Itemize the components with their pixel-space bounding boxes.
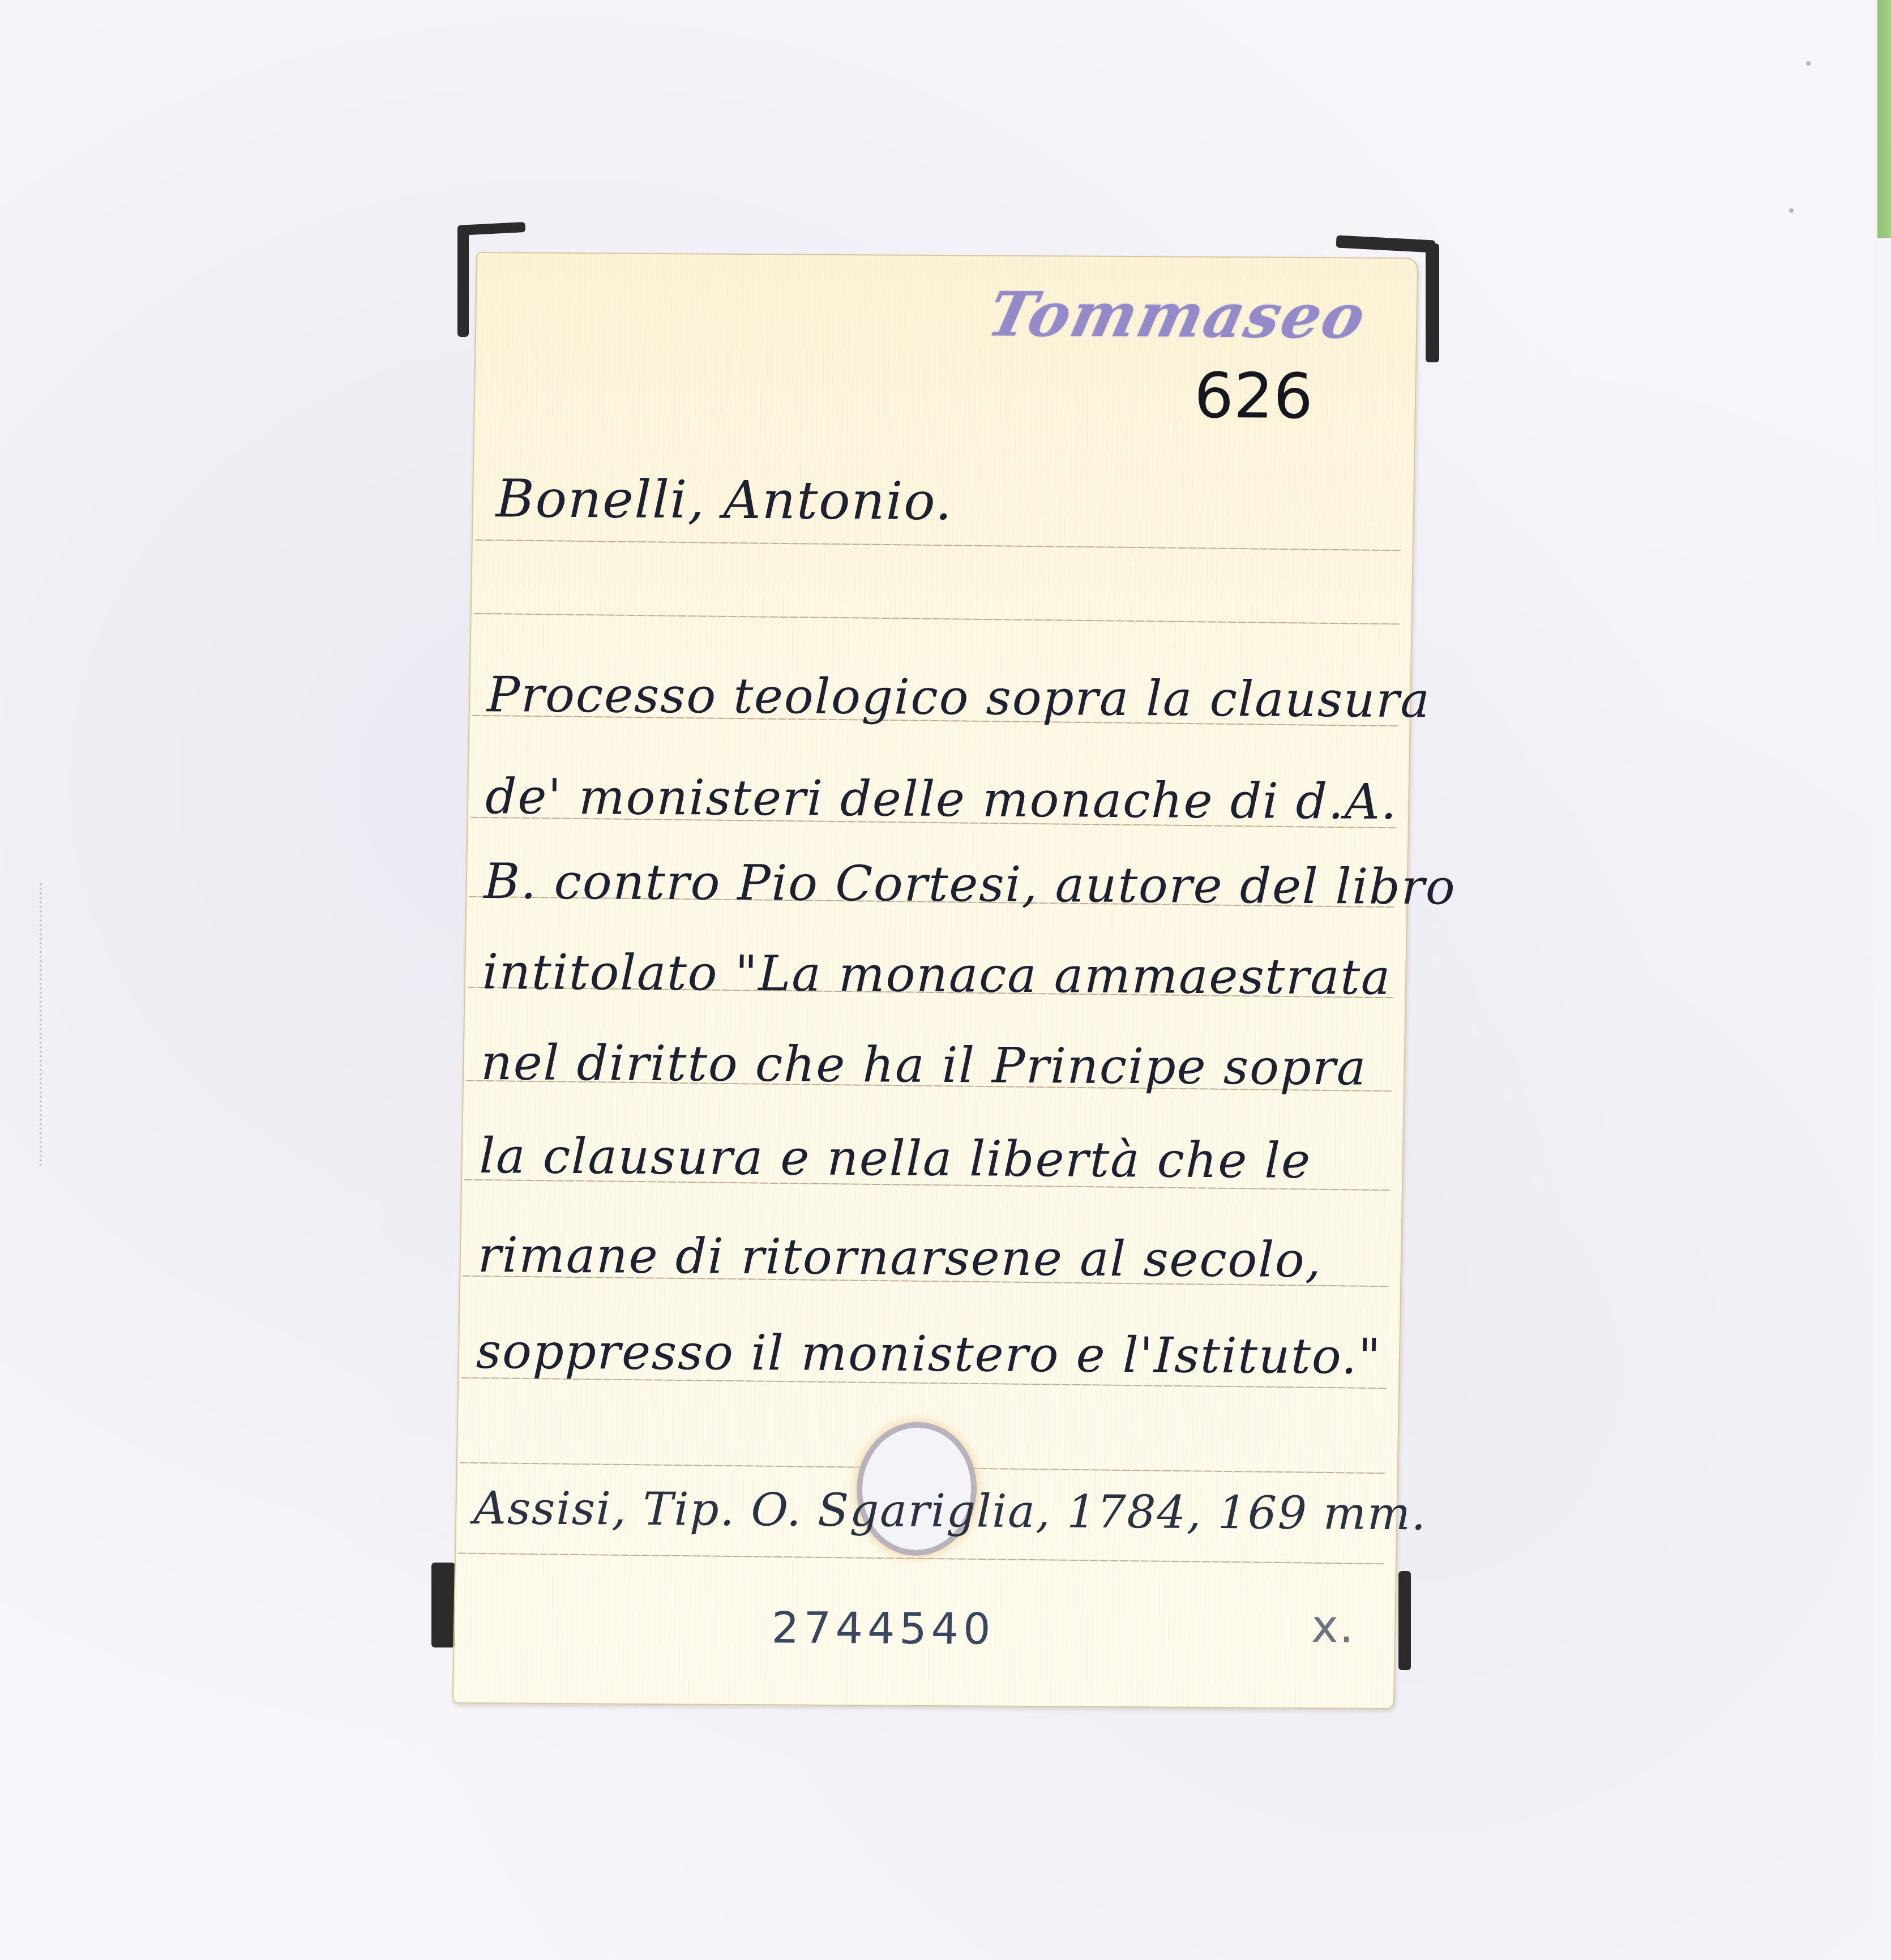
corner-clip-top-left (457, 226, 469, 337)
corner-clip-bottom-right (1398, 1571, 1411, 1670)
title-line: soppresso il monistero e l'Istituto." (476, 1323, 1382, 1385)
card-number: 626 (1193, 360, 1314, 433)
ruled-line (474, 613, 1400, 625)
ruled-line (475, 540, 1401, 551)
collection-stamp: Tommaseo (981, 279, 1374, 353)
imprint-line: Assisi, Tip. O. Sgariglia, 1784, 169 mm. (473, 1482, 1427, 1540)
shelfmark-number: 2744540 (771, 1602, 995, 1654)
perforation-marks (40, 883, 59, 1166)
corner-clip-top-right (1426, 243, 1439, 362)
title-line: intitolato "La monaca ammaestrata (482, 944, 1392, 1006)
title-line: rimane di ritornarsene al secolo, (477, 1227, 1323, 1289)
annotation-mark: x. (1311, 1600, 1355, 1653)
catalog-card: Tommaseo 626 Bonelli, Antonio. Processo … (452, 252, 1418, 1709)
corner-clip-bottom-left (431, 1563, 455, 1647)
title-line: la clausura e nella libertà che le (479, 1128, 1312, 1189)
title-line: Processo teologico sopra la clausura (486, 666, 1431, 729)
speck (1789, 208, 1794, 213)
speck (1806, 61, 1811, 66)
green-edge-strip (1877, 0, 1891, 238)
title-line: B. contro Pio Cortesi, autore del libro (484, 853, 1457, 915)
author-heading: Bonelli, Antonio. (495, 468, 953, 532)
title-line: nel diritto che ha il Principe sopra (481, 1034, 1367, 1097)
title-line: de' monisteri delle monache di d.A. (485, 768, 1398, 831)
